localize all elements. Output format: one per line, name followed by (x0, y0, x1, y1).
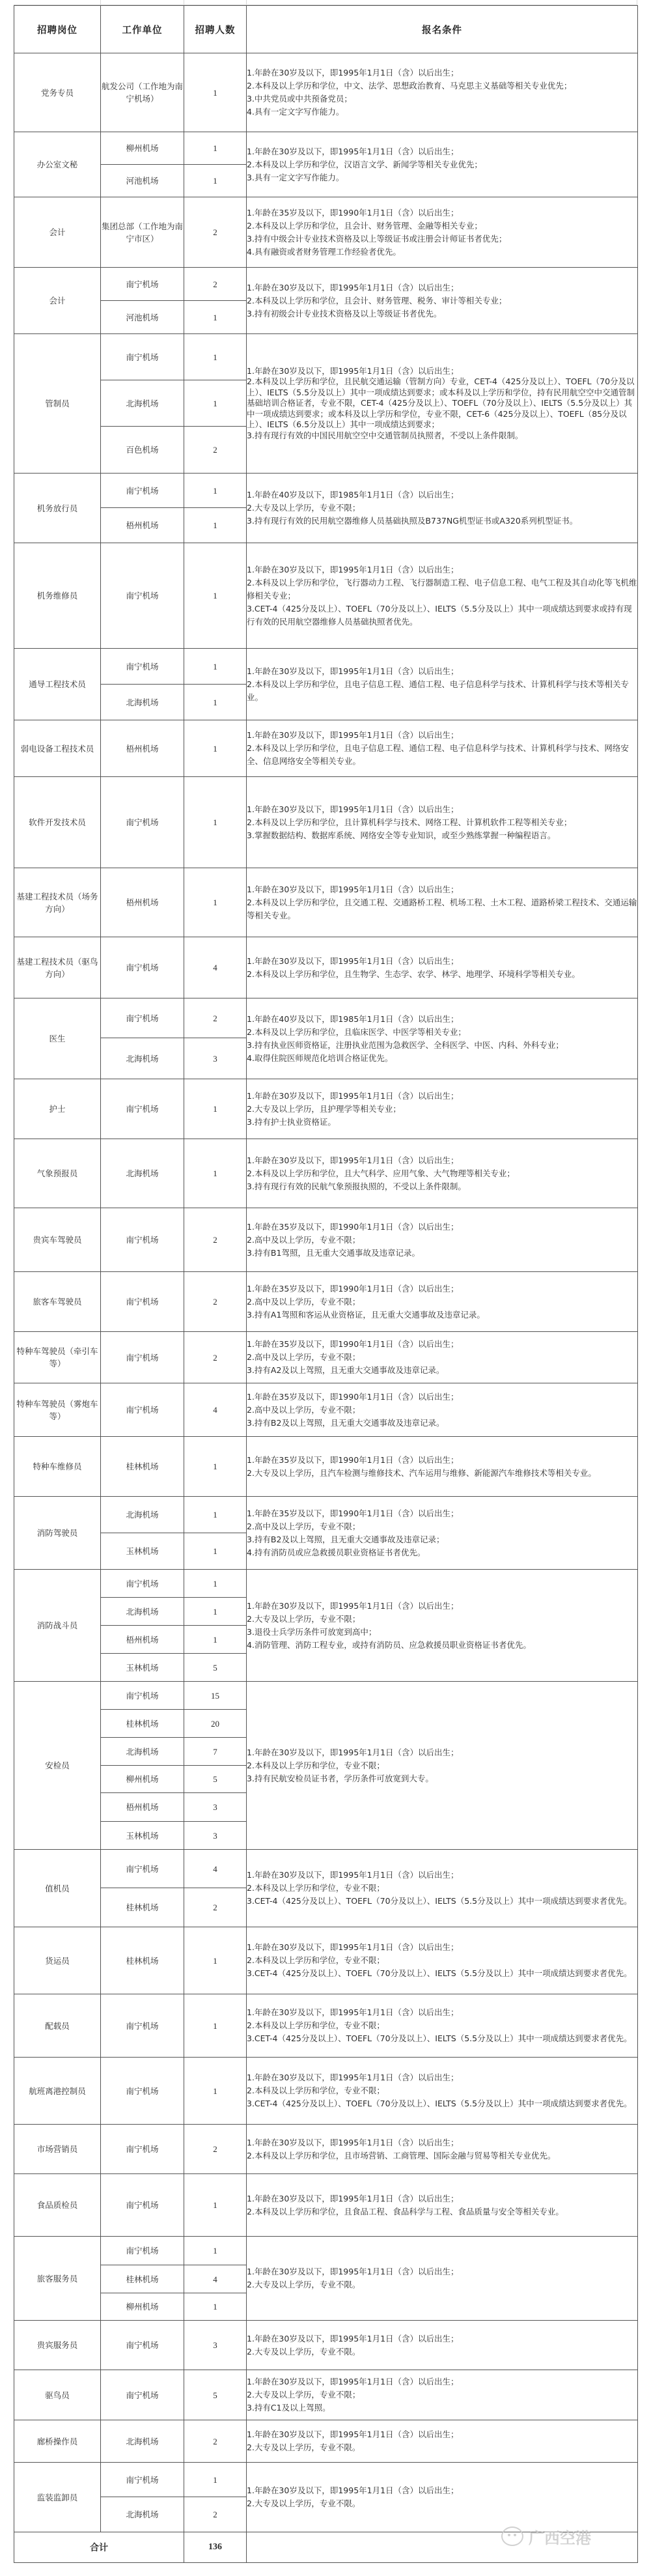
column-divider (184, 0, 184, 5)
position-cell: 消防战斗员 (14, 1570, 101, 1682)
column-divider (246, 0, 247, 5)
requirements-cell: 1.年龄在30岁及以下，即1995年1月1日（含）以后出生； 2.本科及以上学历… (247, 1850, 638, 1927)
total-count: 136 (184, 2532, 247, 2563)
unit-cell: 南宁机场 (101, 2237, 184, 2265)
count-cell: 4 (184, 1850, 247, 1888)
requirements-cell: 1.年龄在30岁及以下，即1995年1月1日（含）以后出生； 2.大专及以上学历… (247, 2463, 638, 2532)
requirements-cell: 1.年龄在30岁及以下，即1995年1月1日（含）以后出生； 2.本科及以上学历… (247, 720, 638, 777)
watermark-text: 广西空港 (529, 2525, 591, 2548)
count-cell: 2 (184, 1332, 247, 1383)
count-cell: 3 (184, 1793, 247, 1822)
requirements-cell: 1.年龄在40岁及以下，即1985年1月1日（含）以后出生； 2.本科及以上学历… (247, 998, 638, 1079)
count-cell: 2 (184, 998, 247, 1038)
count-cell: 1 (184, 1570, 247, 1598)
position-cell: 通导工程技术员 (14, 649, 101, 720)
count-cell: 1 (184, 53, 247, 132)
unit-cell: 北海机场 (101, 2497, 184, 2532)
table-row: 货运员桂林机场11.年龄在30岁及以下，即1995年1月1日（含）以后出生； 2… (14, 1927, 638, 1994)
requirements-cell: 1.年龄在40岁及以下，即1985年1月1日（含）以后出生； 2.大专及以上学历… (247, 474, 638, 543)
table-row: 食品质检员南宁机场11.年龄在30岁及以下，即1995年1月1日（含）以后出生；… (14, 2174, 638, 2237)
position-cell: 软件开发技术员 (14, 777, 101, 868)
table-header-row: 招聘岗位 工作单位 招聘人数 报名条件 (14, 6, 638, 53)
requirements-cell: 1.年龄在30岁及以下，即1995年1月1日（含）以后出生； 2.大专及以上学历… (247, 2237, 638, 2321)
requirements-cell: 1.年龄在30岁及以下，即1995年1月1日（含）以后出生； 2.本科及以上学历… (247, 2125, 638, 2174)
unit-cell: 北海机场 (101, 2420, 184, 2463)
unit-cell: 南宁机场 (101, 1383, 184, 1437)
table-row: 特种车驾驶员（牵引车等）南宁机场21.年龄在35岁及以下，即1990年1月1日（… (14, 1332, 638, 1383)
count-cell: 1 (184, 508, 247, 543)
table-row: 机务放行员南宁机场11.年龄在40岁及以下，即1985年1月1日（含）以后出生；… (14, 474, 638, 508)
count-cell: 1 (184, 1533, 247, 1570)
requirements-cell: 1.年龄在30岁及以下，即1995年1月1日（含）以后出生； 2.本科及以上学历… (247, 777, 638, 868)
unit-cell: 梧州机场 (101, 868, 184, 937)
table-row: 贵宾服务员南宁机场31.年龄在30岁及以下，即1995年1月1日（含）以后出生；… (14, 2321, 638, 2370)
unit-cell: 南宁机场 (101, 543, 184, 649)
position-cell: 航班离港控制员 (14, 2058, 101, 2125)
unit-cell: 南宁机场 (101, 1682, 184, 1710)
table-row: 气象预报员北海机场11.年龄在30岁及以下，即1995年1月1日（含）以后出生；… (14, 1139, 638, 1208)
position-cell: 护士 (14, 1079, 101, 1139)
requirements-cell: 1.年龄在30岁及以下，即1995年1月1日（含）以后出生； 2.本科及以上学历… (247, 1139, 638, 1208)
count-cell: 2 (184, 2497, 247, 2532)
count-cell: 1 (184, 685, 247, 720)
unit-cell: 南宁机场 (101, 1850, 184, 1888)
table-row: 配载员南宁机场11.年龄在30岁及以下，即1995年1月1日（含）以后出生； 2… (14, 1994, 638, 2058)
wechat-icon (501, 2526, 523, 2546)
position-cell: 特种车维修员 (14, 1437, 101, 1497)
requirements-cell: 1.年龄在30岁及以下，即1995年1月1日（含）以后出生； 2.本科及以上学历… (247, 53, 638, 132)
unit-cell: 桂林机场 (101, 1437, 184, 1497)
position-cell: 驱鸟员 (14, 2370, 101, 2420)
table-row: 贵宾车驾驶员南宁机场21.年龄在35岁及以下，即1990年1月1日（含）以后出生… (14, 1208, 638, 1272)
unit-cell: 桂林机场 (101, 2265, 184, 2293)
table-row: 消防战斗员南宁机场11.年龄在30岁及以下，即1995年1月1日（含）以后出生；… (14, 1570, 638, 1598)
position-cell: 食品质检员 (14, 2174, 101, 2237)
count-cell: 3 (184, 2321, 247, 2370)
position-cell: 廊桥操作员 (14, 2420, 101, 2463)
unit-cell: 桂林机场 (101, 1927, 184, 1994)
table-row: 旅客车驾驶员南宁机场21.年龄在35岁及以下，即1990年1月1日（含）以后出生… (14, 1272, 638, 1332)
position-cell: 贵宾车驾驶员 (14, 1208, 101, 1272)
position-cell: 基建工程技术员（场务方向） (14, 868, 101, 937)
unit-cell: 北海机场 (101, 1038, 184, 1079)
requirements-cell: 1.年龄在35岁及以下，即1990年1月1日（含）以后出生； 2.高中及以上学历… (247, 1272, 638, 1332)
position-cell: 旅客服务员 (14, 2237, 101, 2321)
table-row: 医生南宁机场21.年龄在40岁及以下，即1985年1月1日（含）以后出生； 2.… (14, 998, 638, 1038)
unit-cell: 梧州机场 (101, 1793, 184, 1822)
count-cell: 1 (184, 334, 247, 380)
unit-cell: 柳州机场 (101, 132, 184, 165)
count-cell: 1 (184, 1994, 247, 2058)
count-cell: 4 (184, 937, 247, 998)
unit-cell: 南宁机场 (101, 2321, 184, 2370)
unit-cell: 玉林机场 (101, 1822, 184, 1850)
requirements-cell: 1.年龄在30岁及以下，即1995年1月1日（含）以后出生； 2.大专及以上学历… (247, 1079, 638, 1139)
position-cell: 机务维修员 (14, 543, 101, 649)
unit-cell: 南宁机场 (101, 777, 184, 868)
requirements-cell: 1.年龄在30岁及以下，即1995年1月1日（含）以后出生； 2.本科及以上学历… (247, 334, 638, 474)
unit-cell: 南宁机场 (101, 1570, 184, 1598)
requirements-cell: 1.年龄在30岁及以下，即1995年1月1日（含）以后出生； 2.本科及以上学历… (247, 268, 638, 334)
count-cell: 1 (184, 1497, 247, 1533)
requirements-cell: 1.年龄在30岁及以下，即1995年1月1日（含）以后出生； 2.本科及以上学历… (247, 1927, 638, 1994)
position-cell: 监装监卸员 (14, 2463, 101, 2532)
unit-cell: 北海机场 (101, 1738, 184, 1766)
count-cell: 1 (184, 1927, 247, 1994)
requirements-cell: 1.年龄在30岁及以下，即1995年1月1日（含）以后出生； 2.本科及以上学历… (247, 2058, 638, 2125)
table-row: 会计集团总部（工作地为南宁市区）21.年龄在35岁及以下，即1990年1月1日（… (14, 197, 638, 268)
table-row: 旅客服务员南宁机场11.年龄在30岁及以下，即1995年1月1日（含）以后出生；… (14, 2237, 638, 2265)
unit-cell: 南宁机场 (101, 998, 184, 1038)
count-cell: 1 (184, 1079, 247, 1139)
header-count: 招聘人数 (184, 6, 247, 53)
count-cell: 7 (184, 1738, 247, 1766)
requirements-cell: 1.年龄在30岁及以下，即1995年1月1日（含）以后出生； 2.本科及以上学历… (247, 2174, 638, 2237)
unit-cell: 北海机场 (101, 1139, 184, 1208)
recruitment-table: 招聘岗位 工作单位 招聘人数 报名条件 党务专员航发公司（工作地为南宁机场）11… (14, 5, 638, 2563)
total-label: 合计 (14, 2532, 184, 2563)
table-row: 消防驾驶员北海机场11.年龄在35岁及以下，即1990年1月1日（含）以后出生；… (14, 1497, 638, 1533)
requirements-cell: 1.年龄在35岁及以下，即1990年1月1日（含）以后出生； 2.高中及以上学历… (247, 1497, 638, 1570)
count-cell: 1 (184, 2237, 247, 2265)
position-cell: 货运员 (14, 1927, 101, 1994)
requirements-cell: 1.年龄在35岁及以下，即1990年1月1日（含）以后出生； 2.高中及以上学历… (247, 1332, 638, 1383)
unit-cell: 北海机场 (101, 380, 184, 427)
count-cell: 1 (184, 1598, 247, 1626)
unit-cell: 河池机场 (101, 165, 184, 197)
unit-cell: 北海机场 (101, 685, 184, 720)
count-cell: 4 (184, 2265, 247, 2293)
unit-cell: 梧州机场 (101, 508, 184, 543)
table-row: 机务维修员南宁机场11.年龄在30岁及以下，即1995年1月1日（含）以后出生；… (14, 543, 638, 649)
count-cell: 1 (184, 380, 247, 427)
count-cell: 1 (184, 543, 247, 649)
count-cell: 1 (184, 2293, 247, 2321)
count-cell: 2 (184, 197, 247, 268)
count-cell: 1 (184, 1139, 247, 1208)
unit-cell: 南宁机场 (101, 1079, 184, 1139)
position-cell: 特种车驾驶员（牵引车等） (14, 1332, 101, 1383)
requirements-cell: 1.年龄在30岁及以下，即1995年1月1日（含）以后出生； 2.大专及以上学历… (247, 1570, 638, 1682)
count-cell: 5 (184, 1654, 247, 1682)
position-cell: 管制员 (14, 334, 101, 474)
table-row: 管制员南宁机场11.年龄在30岁及以下，即1995年1月1日（含）以后出生； 2… (14, 334, 638, 380)
table-row: 软件开发技术员南宁机场11.年龄在30岁及以下，即1995年1月1日（含）以后出… (14, 777, 638, 868)
table-row: 办公室文秘柳州机场11.年龄在30岁及以下，即1995年1月1日（含）以后出生；… (14, 132, 638, 165)
requirements-cell: 1.年龄在30岁及以下，即1995年1月1日（含）以后出生； 2.大专及以上学历… (247, 2420, 638, 2463)
count-cell: 1 (184, 1437, 247, 1497)
count-cell: 1 (184, 1626, 247, 1654)
table-row: 党务专员航发公司（工作地为南宁机场）11.年龄在30岁及以下，即1995年1月1… (14, 53, 638, 132)
table-row: 航班离港控制员南宁机场11.年龄在30岁及以下，即1995年1月1日（含）以后出… (14, 2058, 638, 2125)
requirements-cell: 1.年龄在30岁及以下，即1995年1月1日（含）以后出生； 2.本科及以上学历… (247, 1682, 638, 1850)
position-cell: 特种车驾驶员（雾炮车等） (14, 1383, 101, 1437)
position-cell: 贵宾服务员 (14, 2321, 101, 2370)
count-cell: 1 (184, 132, 247, 165)
table-row: 市场营销员南宁机场21.年龄在30岁及以下，即1995年1月1日（含）以后出生；… (14, 2125, 638, 2174)
table-row: 廊桥操作员北海机场21.年龄在30岁及以下，即1995年1月1日（含）以后出生；… (14, 2420, 638, 2463)
requirements-cell: 1.年龄在35岁及以下，即1990年1月1日（含）以后出生； 2.高中及以上学历… (247, 1383, 638, 1437)
position-cell: 安检员 (14, 1682, 101, 1850)
count-cell: 1 (184, 301, 247, 334)
table-row: 驱鸟员南宁机场51.年龄在30岁及以下，即1995年1月1日（含）以后出生； 2… (14, 2370, 638, 2420)
unit-cell: 桂林机场 (101, 1888, 184, 1927)
count-cell: 15 (184, 1682, 247, 1710)
table-body: 党务专员航发公司（工作地为南宁机场）11.年龄在30岁及以下，即1995年1月1… (14, 53, 638, 2532)
table-row: 特种车维修员桂林机场11.年龄在35岁及以下，即1990年1月1日（含）以后出生… (14, 1437, 638, 1497)
position-cell: 气象预报员 (14, 1139, 101, 1208)
table-row: 基建工程技术员（驱鸟方向）南宁机场41.年龄在30岁及以下，即1995年1月1日… (14, 937, 638, 998)
count-cell: 1 (184, 2058, 247, 2125)
unit-cell: 柳州机场 (101, 2293, 184, 2321)
unit-cell: 河池机场 (101, 301, 184, 334)
count-cell: 1 (184, 777, 247, 868)
count-cell: 1 (184, 868, 247, 937)
unit-cell: 航发公司（工作地为南宁机场） (101, 53, 184, 132)
table-row: 安检员南宁机场151.年龄在30岁及以下，即1995年1月1日（含）以后出生； … (14, 1682, 638, 1710)
unit-cell: 南宁机场 (101, 937, 184, 998)
requirements-cell: 1.年龄在35岁及以下，即1990年1月1日（含）以后出生； 2.高中及以上学历… (247, 1208, 638, 1272)
unit-cell: 南宁机场 (101, 2370, 184, 2420)
header-requirements: 报名条件 (247, 6, 638, 53)
requirements-cell: 1.年龄在30岁及以下，即1995年1月1日（含）以后出生； 2.本科及以上学历… (247, 649, 638, 720)
unit-cell: 南宁机场 (101, 2463, 184, 2497)
count-cell: 2 (184, 2420, 247, 2463)
count-cell: 2 (184, 1208, 247, 1272)
unit-cell: 百色机场 (101, 427, 184, 474)
requirements-cell: 1.年龄在30岁及以下，即1995年1月1日（含）以后出生； 2.本科及以上学历… (247, 868, 638, 937)
unit-cell: 南宁机场 (101, 1994, 184, 2058)
table-row: 弱电设备工程技术员梧州机场11.年龄在30岁及以下，即1995年1月1日（含）以… (14, 720, 638, 777)
unit-cell: 南宁机场 (101, 2125, 184, 2174)
unit-cell: 南宁机场 (101, 2058, 184, 2125)
position-cell: 配载员 (14, 1994, 101, 2058)
table-row: 特种车驾驶员（雾炮车等）南宁机场41.年龄在35岁及以下，即1990年1月1日（… (14, 1383, 638, 1437)
count-cell: 1 (184, 720, 247, 777)
unit-cell: 南宁机场 (101, 334, 184, 380)
unit-cell: 南宁机场 (101, 268, 184, 301)
count-cell: 2 (184, 1888, 247, 1927)
unit-cell: 南宁机场 (101, 2174, 184, 2237)
position-cell: 弱电设备工程技术员 (14, 720, 101, 777)
unit-cell: 梧州机场 (101, 1626, 184, 1654)
header-unit: 工作单位 (101, 6, 184, 53)
count-cell: 2 (184, 268, 247, 301)
count-cell: 3 (184, 1822, 247, 1850)
count-cell: 2 (184, 427, 247, 474)
unit-cell: 北海机场 (101, 1598, 184, 1626)
position-cell: 会计 (14, 268, 101, 334)
count-cell: 2 (184, 1272, 247, 1332)
count-cell: 4 (184, 1383, 247, 1437)
header-position: 招聘岗位 (14, 6, 101, 53)
table-row: 护士南宁机场11.年龄在30岁及以下，即1995年1月1日（含）以后出生； 2.… (14, 1079, 638, 1139)
table-row: 值机员南宁机场41.年龄在30岁及以下，即1995年1月1日（含）以后出生； 2… (14, 1850, 638, 1888)
requirements-cell: 1.年龄在35岁及以下，即1990年1月1日（含）以后出生； 2.大专及以上学历… (247, 1437, 638, 1497)
requirements-cell: 1.年龄在30岁及以下，即1995年1月1日（含）以后出生； 2.本科及以上学历… (247, 937, 638, 998)
unit-cell: 玉林机场 (101, 1533, 184, 1570)
count-cell: 1 (184, 649, 247, 685)
count-cell: 20 (184, 1710, 247, 1738)
table-row: 通导工程技术员南宁机场11.年龄在30岁及以下，即1995年1月1日（含）以后出… (14, 649, 638, 685)
unit-cell: 梧州机场 (101, 720, 184, 777)
position-cell: 消防驾驶员 (14, 1497, 101, 1570)
count-cell: 5 (184, 1766, 247, 1793)
requirements-cell: 1.年龄在30岁及以下，即1995年1月1日（含）以后出生； 2.本科及以上学历… (247, 543, 638, 649)
requirements-cell: 1.年龄在30岁及以下，即1995年1月1日（含）以后出生； 2.本科及以上学历… (247, 1994, 638, 2058)
position-cell: 医生 (14, 998, 101, 1079)
requirements-cell: 1.年龄在30岁及以下，即1995年1月1日（含）以后出生； 2.本科及以上学历… (247, 132, 638, 197)
unit-cell: 南宁机场 (101, 1208, 184, 1272)
count-cell: 5 (184, 2370, 247, 2420)
column-divider (100, 0, 101, 5)
unit-cell: 南宁机场 (101, 474, 184, 508)
unit-cell: 南宁机场 (101, 1272, 184, 1332)
position-cell: 市场营销员 (14, 2125, 101, 2174)
requirements-cell: 1.年龄在30岁及以下，即1995年1月1日（含）以后出生； 2.大专及以上学历… (247, 2321, 638, 2370)
unit-cell: 桂林机场 (101, 1710, 184, 1738)
count-cell: 1 (184, 2463, 247, 2497)
watermark: 广西空港 (501, 2525, 631, 2548)
table-row: 会计南宁机场21.年龄在30岁及以下，即1995年1月1日（含）以后出生； 2.… (14, 268, 638, 301)
unit-cell: 南宁机场 (101, 649, 184, 685)
position-cell: 值机员 (14, 1850, 101, 1927)
unit-cell: 集团总部（工作地为南宁市区） (101, 197, 184, 268)
position-cell: 党务专员 (14, 53, 101, 132)
count-cell: 1 (184, 2174, 247, 2237)
requirements-cell: 1.年龄在30岁及以下，即1995年1月1日（含）以后出生； 2.大专及以上学历… (247, 2370, 638, 2420)
unit-cell: 柳州机场 (101, 1766, 184, 1793)
unit-cell: 南宁机场 (101, 1332, 184, 1383)
position-cell: 机务放行员 (14, 474, 101, 543)
position-cell: 旅客车驾驶员 (14, 1272, 101, 1332)
position-cell: 基建工程技术员（驱鸟方向） (14, 937, 101, 998)
count-cell: 1 (184, 165, 247, 197)
cropped-previous-row-edge (14, 0, 637, 5)
unit-cell: 北海机场 (101, 1497, 184, 1533)
unit-cell: 玉林机场 (101, 1654, 184, 1682)
table-row: 基建工程技术员（场务方向）梧州机场11.年龄在30岁及以下，即1995年1月1日… (14, 868, 638, 937)
table-row: 监装监卸员南宁机场11.年龄在30岁及以下，即1995年1月1日（含）以后出生；… (14, 2463, 638, 2497)
count-cell: 3 (184, 1038, 247, 1079)
requirements-cell: 1.年龄在35岁及以下，即1990年1月1日（含）以后出生； 2.本科及以上学历… (247, 197, 638, 268)
position-cell: 会计 (14, 197, 101, 268)
position-cell: 办公室文秘 (14, 132, 101, 197)
count-cell: 1 (184, 474, 247, 508)
count-cell: 2 (184, 2125, 247, 2174)
column-divider (637, 0, 637, 5)
